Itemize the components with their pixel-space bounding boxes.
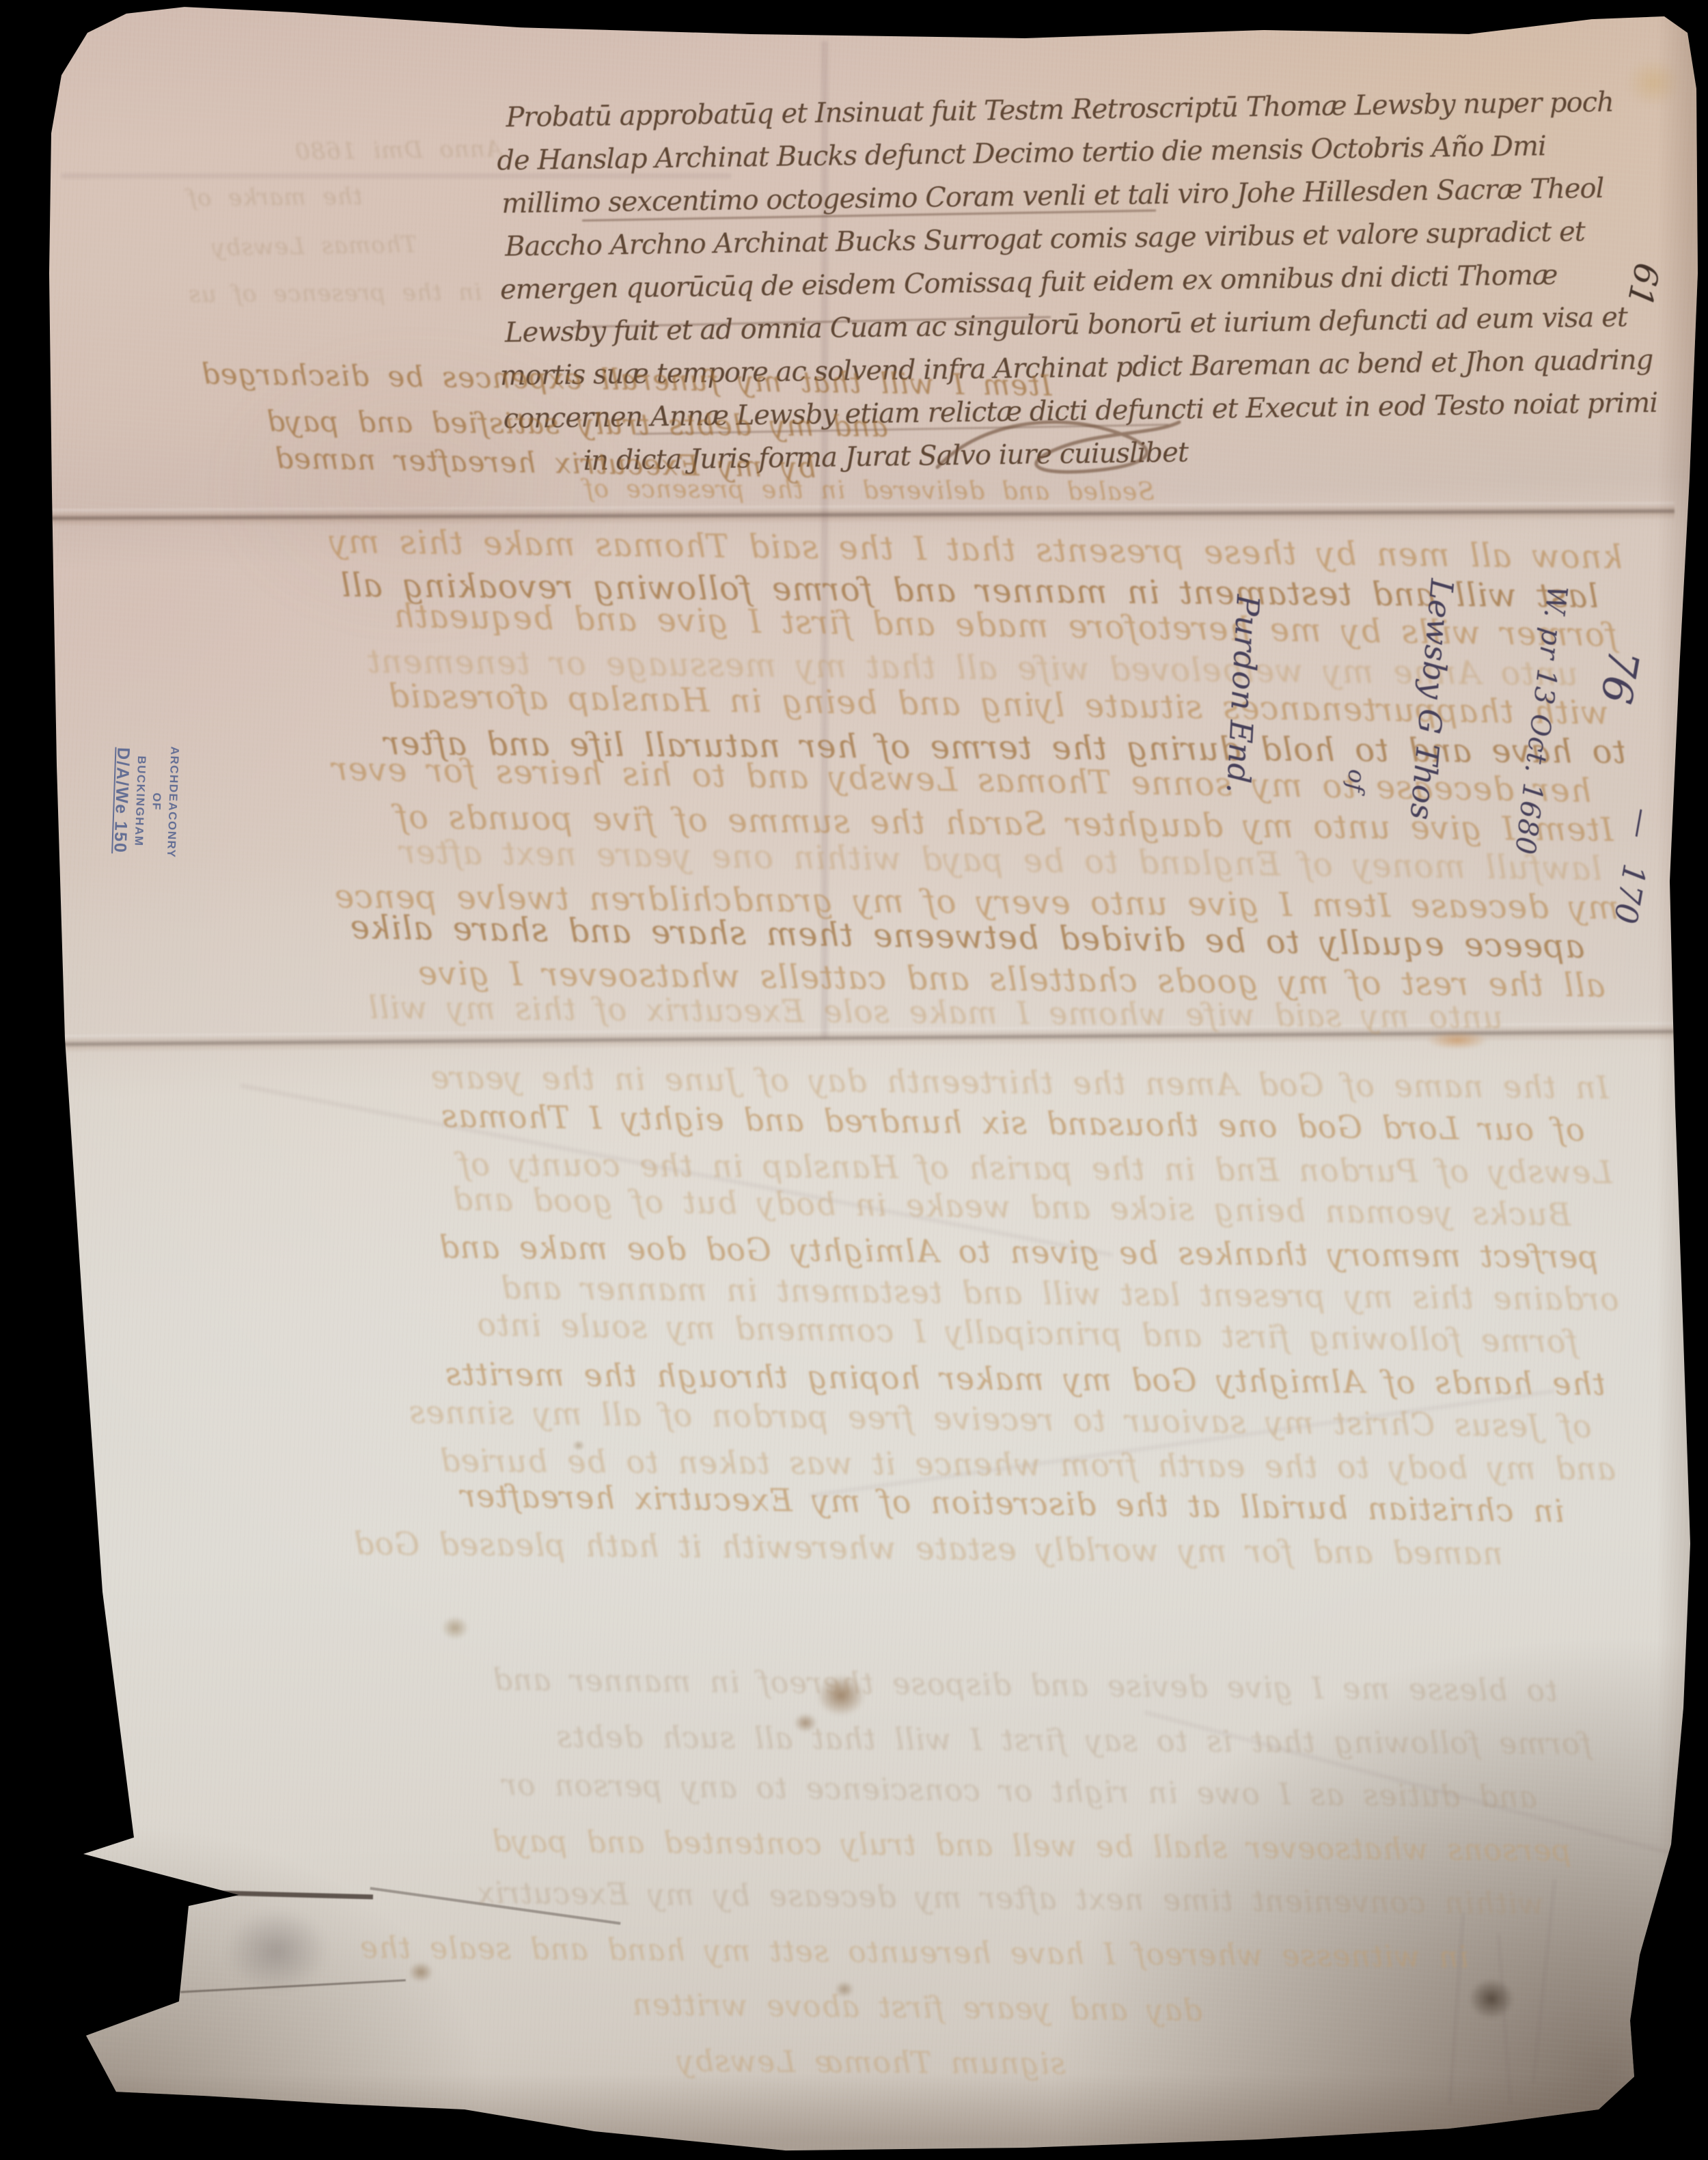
photo-backdrop: Probatū approbatūq et Insinuat fuit Test… <box>0 0 1708 2160</box>
photo-vignette <box>0 0 1708 2160</box>
parchment-sheet: Probatū approbatūq et Insinuat fuit Test… <box>0 0 1708 2160</box>
